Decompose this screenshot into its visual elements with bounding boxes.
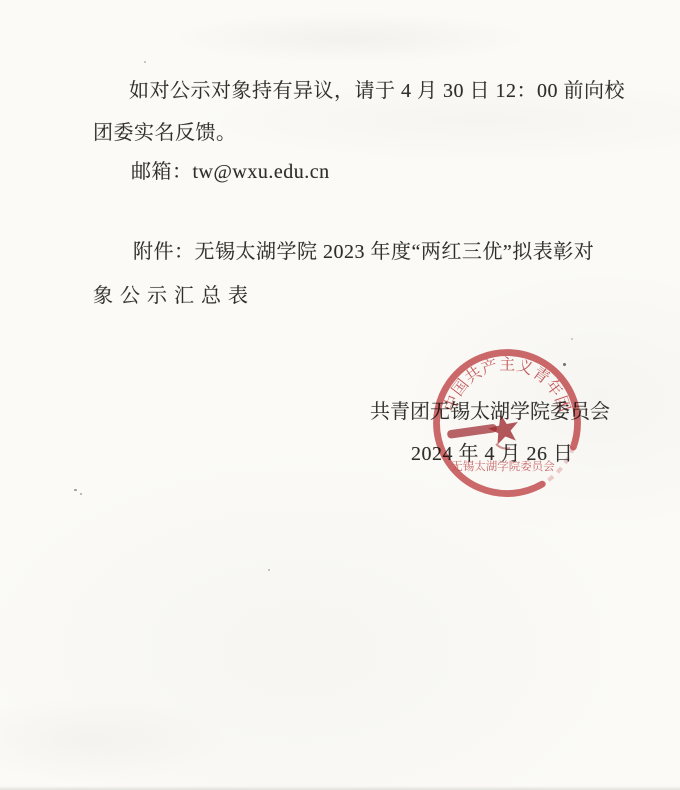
signature-date: 2024 年 4 月 26 日 — [411, 442, 574, 466]
signature-org: 共青团无锡太湖学院委员会 — [370, 400, 610, 424]
scan-speck — [571, 338, 573, 340]
scan-edge-shadow — [0, 786, 680, 790]
notice-line-1: 如对公示对象持有异议，请于 4 月 30 日 12：00 前向校 — [129, 79, 625, 103]
scan-speck — [268, 569, 270, 571]
scan-speck — [144, 61, 146, 63]
official-seal: 中国共产主义青年团 无锡太湖学院委员会 — [0, 0, 680, 790]
notice-line-2: 团委实名反馈。 — [93, 121, 237, 145]
scan-speck — [80, 493, 82, 495]
seal-ink-smudge — [447, 424, 498, 439]
attachment-line-1: 附件：无锡太湖学院 2023 年度“两红三优”拟表彰对 — [133, 240, 594, 264]
attachment-line-2: 象公示汇总表 — [93, 284, 255, 308]
email-line: 邮箱：tw@wxu.edu.cn — [131, 160, 330, 184]
scanned-document-page: 如对公示对象持有异议，请于 4 月 30 日 12：00 前向校 团委实名反馈。… — [0, 0, 680, 790]
scan-speck — [563, 363, 566, 366]
scan-speck — [74, 489, 77, 491]
